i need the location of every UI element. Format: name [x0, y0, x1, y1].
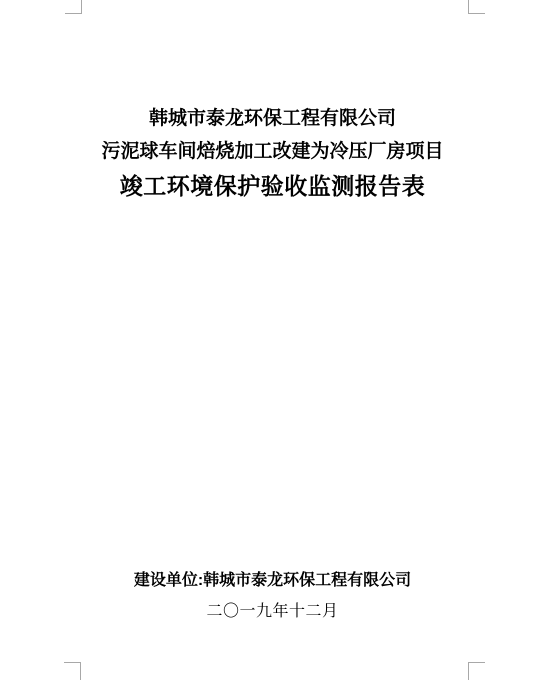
construction-unit-line: 建设单位:韩城市泰龙环保工程有限公司 — [0, 571, 545, 590]
date-line: 二〇一九年十二月 — [0, 602, 545, 621]
crop-mark-bottom-left — [64, 662, 81, 680]
report-title: 竣工环境保护验收监测报告表 — [0, 173, 545, 200]
crop-mark-top-left — [65, 0, 82, 14]
project-name-title: 污泥球车间焙烧加工改建为冷压厂房项目 — [0, 141, 545, 163]
crop-mark-top-right — [468, 0, 485, 14]
construction-unit-name: 韩城市泰龙环保工程有限公司 — [203, 572, 411, 589]
construction-unit-label: 建设单位 — [134, 572, 198, 589]
crop-mark-bottom-right — [468, 662, 485, 680]
company-name-title: 韩城市泰龙环保工程有限公司 — [0, 108, 545, 130]
document-cover-page: 韩城市泰龙环保工程有限公司 污泥球车间焙烧加工改建为冷压厂房项目 竣工环境保护验… — [0, 0, 545, 693]
